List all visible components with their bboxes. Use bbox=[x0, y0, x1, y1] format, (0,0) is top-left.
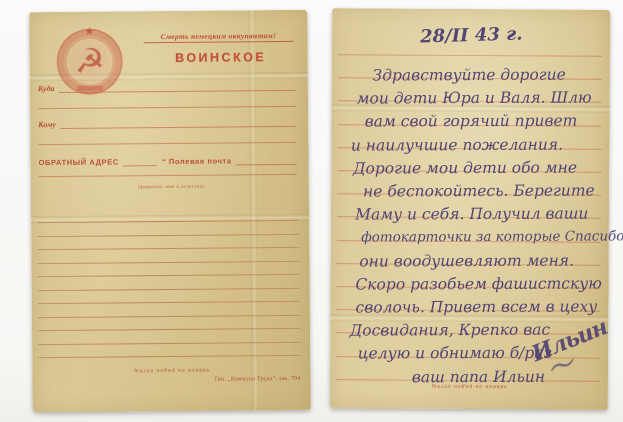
letter-line: и наилучшие пожелания. bbox=[347, 134, 605, 155]
ruled-line bbox=[37, 260, 299, 263]
military-letter-form-page: ★ ☭ Смерть немецким оккупантам! ВОИНСКОЕ… bbox=[29, 10, 310, 412]
ruled-line bbox=[38, 328, 300, 331]
letter-line: вам свой горячий привет bbox=[347, 111, 605, 132]
letter-line: Маму и себя. Получил ваши bbox=[347, 204, 605, 225]
ruled-line bbox=[37, 220, 299, 223]
ruled-line bbox=[38, 274, 300, 277]
ruled-line bbox=[338, 54, 602, 57]
handwritten-letter-page: 28/II 43 г. Здравствуйте дорогиемои дети… bbox=[330, 8, 610, 410]
letter-line: не беспокойтесь. Берегите bbox=[347, 180, 605, 201]
letter-line: они воодушевляют меня. bbox=[347, 250, 605, 271]
ruled-line bbox=[38, 341, 300, 344]
ruled-line bbox=[37, 247, 299, 250]
ruled-line bbox=[37, 233, 299, 236]
message-ruled-lines bbox=[29, 10, 310, 412]
letter-line: мои дети Юра и Валя. Шлю bbox=[347, 88, 605, 109]
ruled-line bbox=[38, 287, 300, 290]
ruled-line bbox=[38, 355, 300, 358]
letter-line: Дорогие мои дети обо мне bbox=[347, 157, 605, 178]
letter-line: фотокарточки за которые Спасибо bbox=[347, 227, 605, 248]
scanned-letter-photo: ★ ☭ Смерть немецким оккупантам! ВОИНСКОЕ… bbox=[0, 0, 623, 422]
ruled-line bbox=[38, 301, 300, 304]
print-shop-imprint: Тип. „Коммуна Труда“, зак. 794 bbox=[214, 376, 301, 383]
letter-line: сволочь. Привет всем в цеху bbox=[347, 296, 605, 317]
letter-line: Скоро разобьем фашистскую bbox=[347, 273, 605, 294]
ruled-line bbox=[38, 314, 300, 317]
letter-line: Здравствуйте дорогие bbox=[346, 64, 604, 85]
